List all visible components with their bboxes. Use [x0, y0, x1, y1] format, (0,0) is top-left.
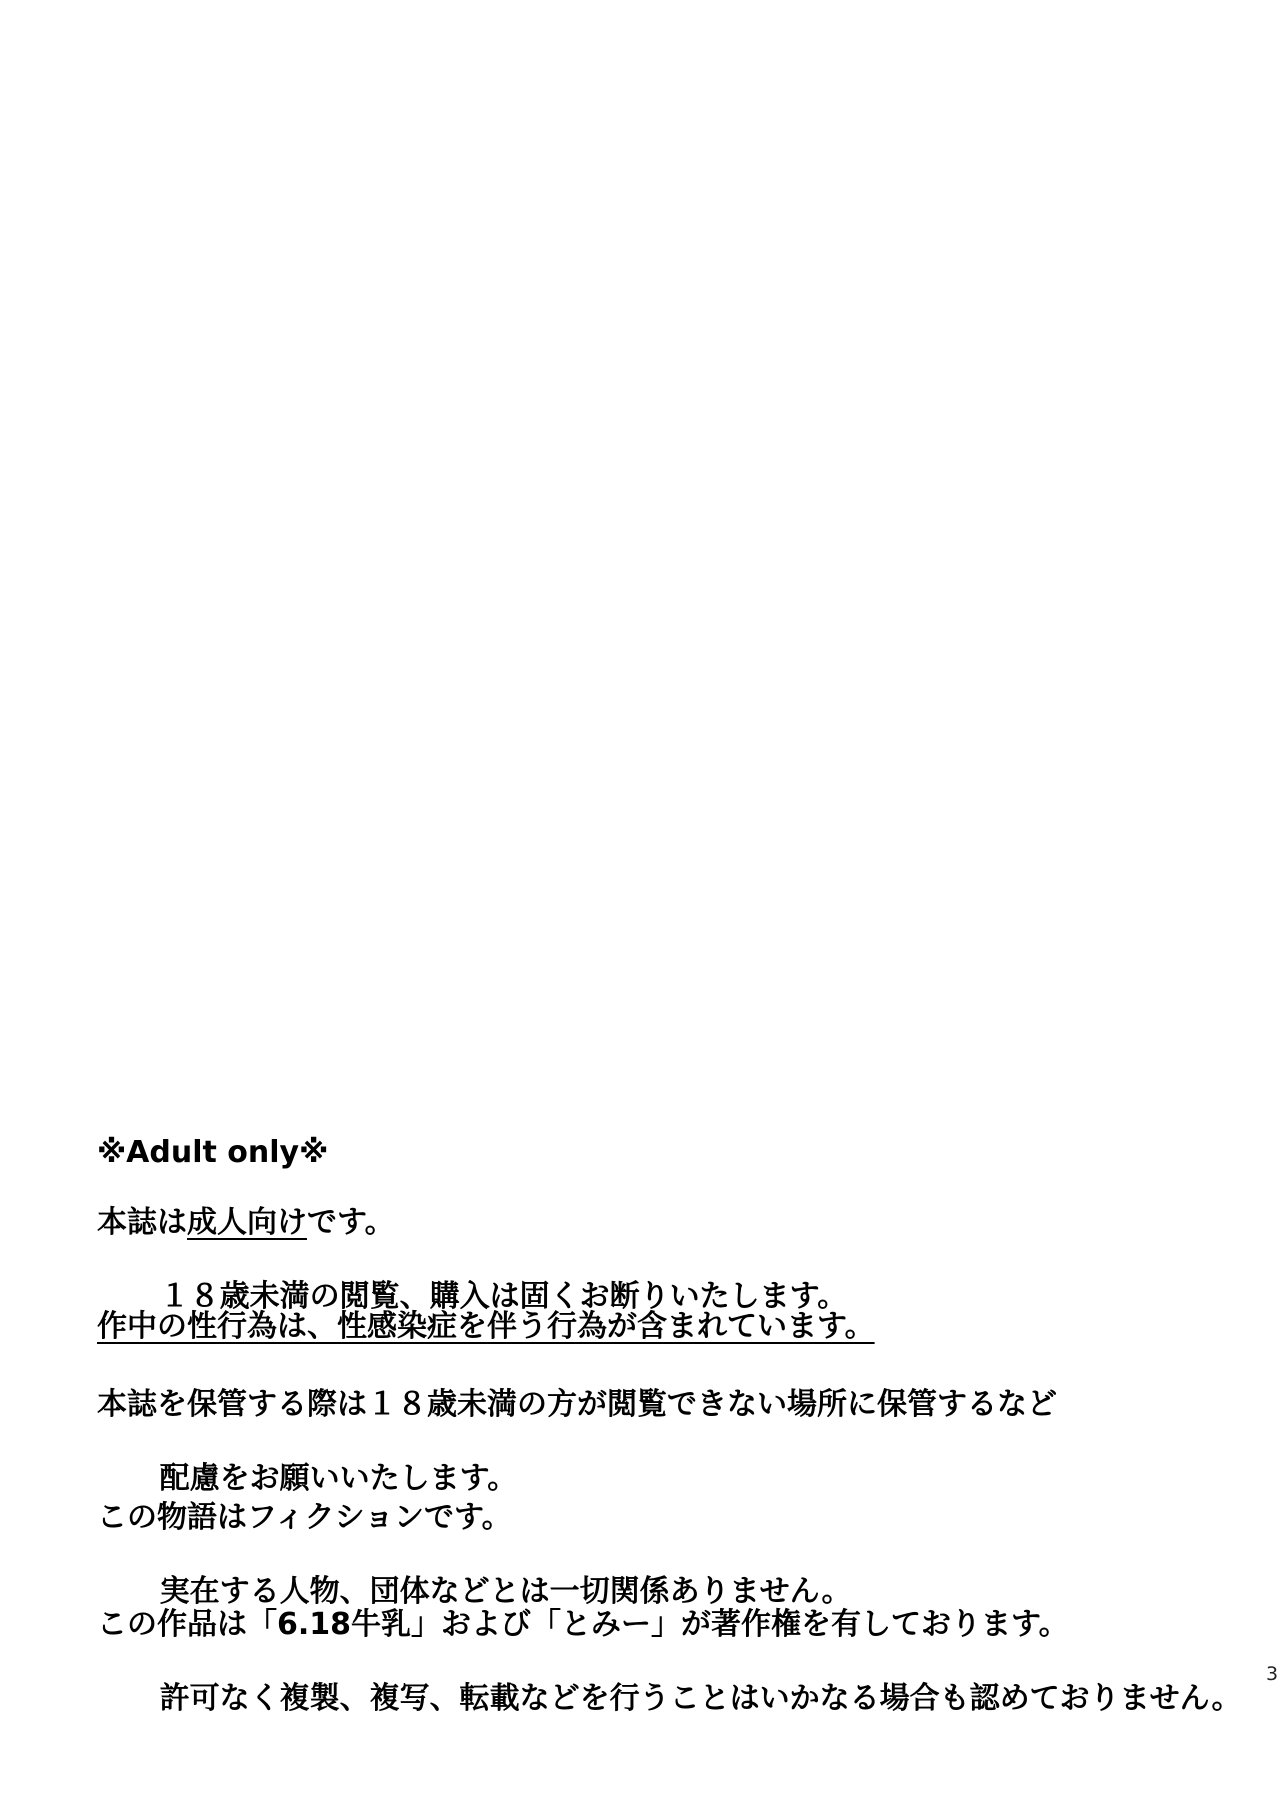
adult-only-header: ※Adult only※	[97, 1134, 328, 1171]
storage-request-line1: 本誌を保管する際は１８歳未満の方が閲覧できない場所に保管するなど	[97, 1387, 1057, 1422]
fiction-disclaimer-line1: この物語はフィクションです。	[97, 1500, 512, 1535]
copyright-line1: この作品は「6.18牛乳」および「とみー」が著作権を有しております。	[97, 1607, 1069, 1642]
copyright-notice: この作品は「6.18牛乳」および「とみー」が著作権を有しております。 許可なく複…	[97, 1606, 1241, 1754]
content-warning-text: 作中の性行為は、性感染症を伴う行為が含まれています。	[97, 1309, 875, 1344]
adult-statement-post: です。	[307, 1205, 395, 1240]
storage-request-line2: 配慮をお願いいたします。	[160, 1461, 518, 1496]
adult-statement-underlined: 成人向け	[187, 1205, 307, 1240]
document-page: ※Adult only※ 本誌は成人向けです。 １８歳未満の閲覧、購入は固くお断…	[0, 0, 1280, 1816]
adult-statement-pre: 本誌は	[97, 1205, 187, 1240]
content-warning: 作中の性行為は、性感染症を伴う行為が含まれています。	[97, 1308, 875, 1382]
page-number: 3	[1266, 1665, 1278, 1684]
copyright-line2: 許可なく複製、複写、転載などを行うことはいかなる場合も認めておりません。	[160, 1681, 1242, 1716]
fiction-disclaimer-line2: 実在する人物、団体などとは一切関係ありません。	[160, 1574, 852, 1609]
